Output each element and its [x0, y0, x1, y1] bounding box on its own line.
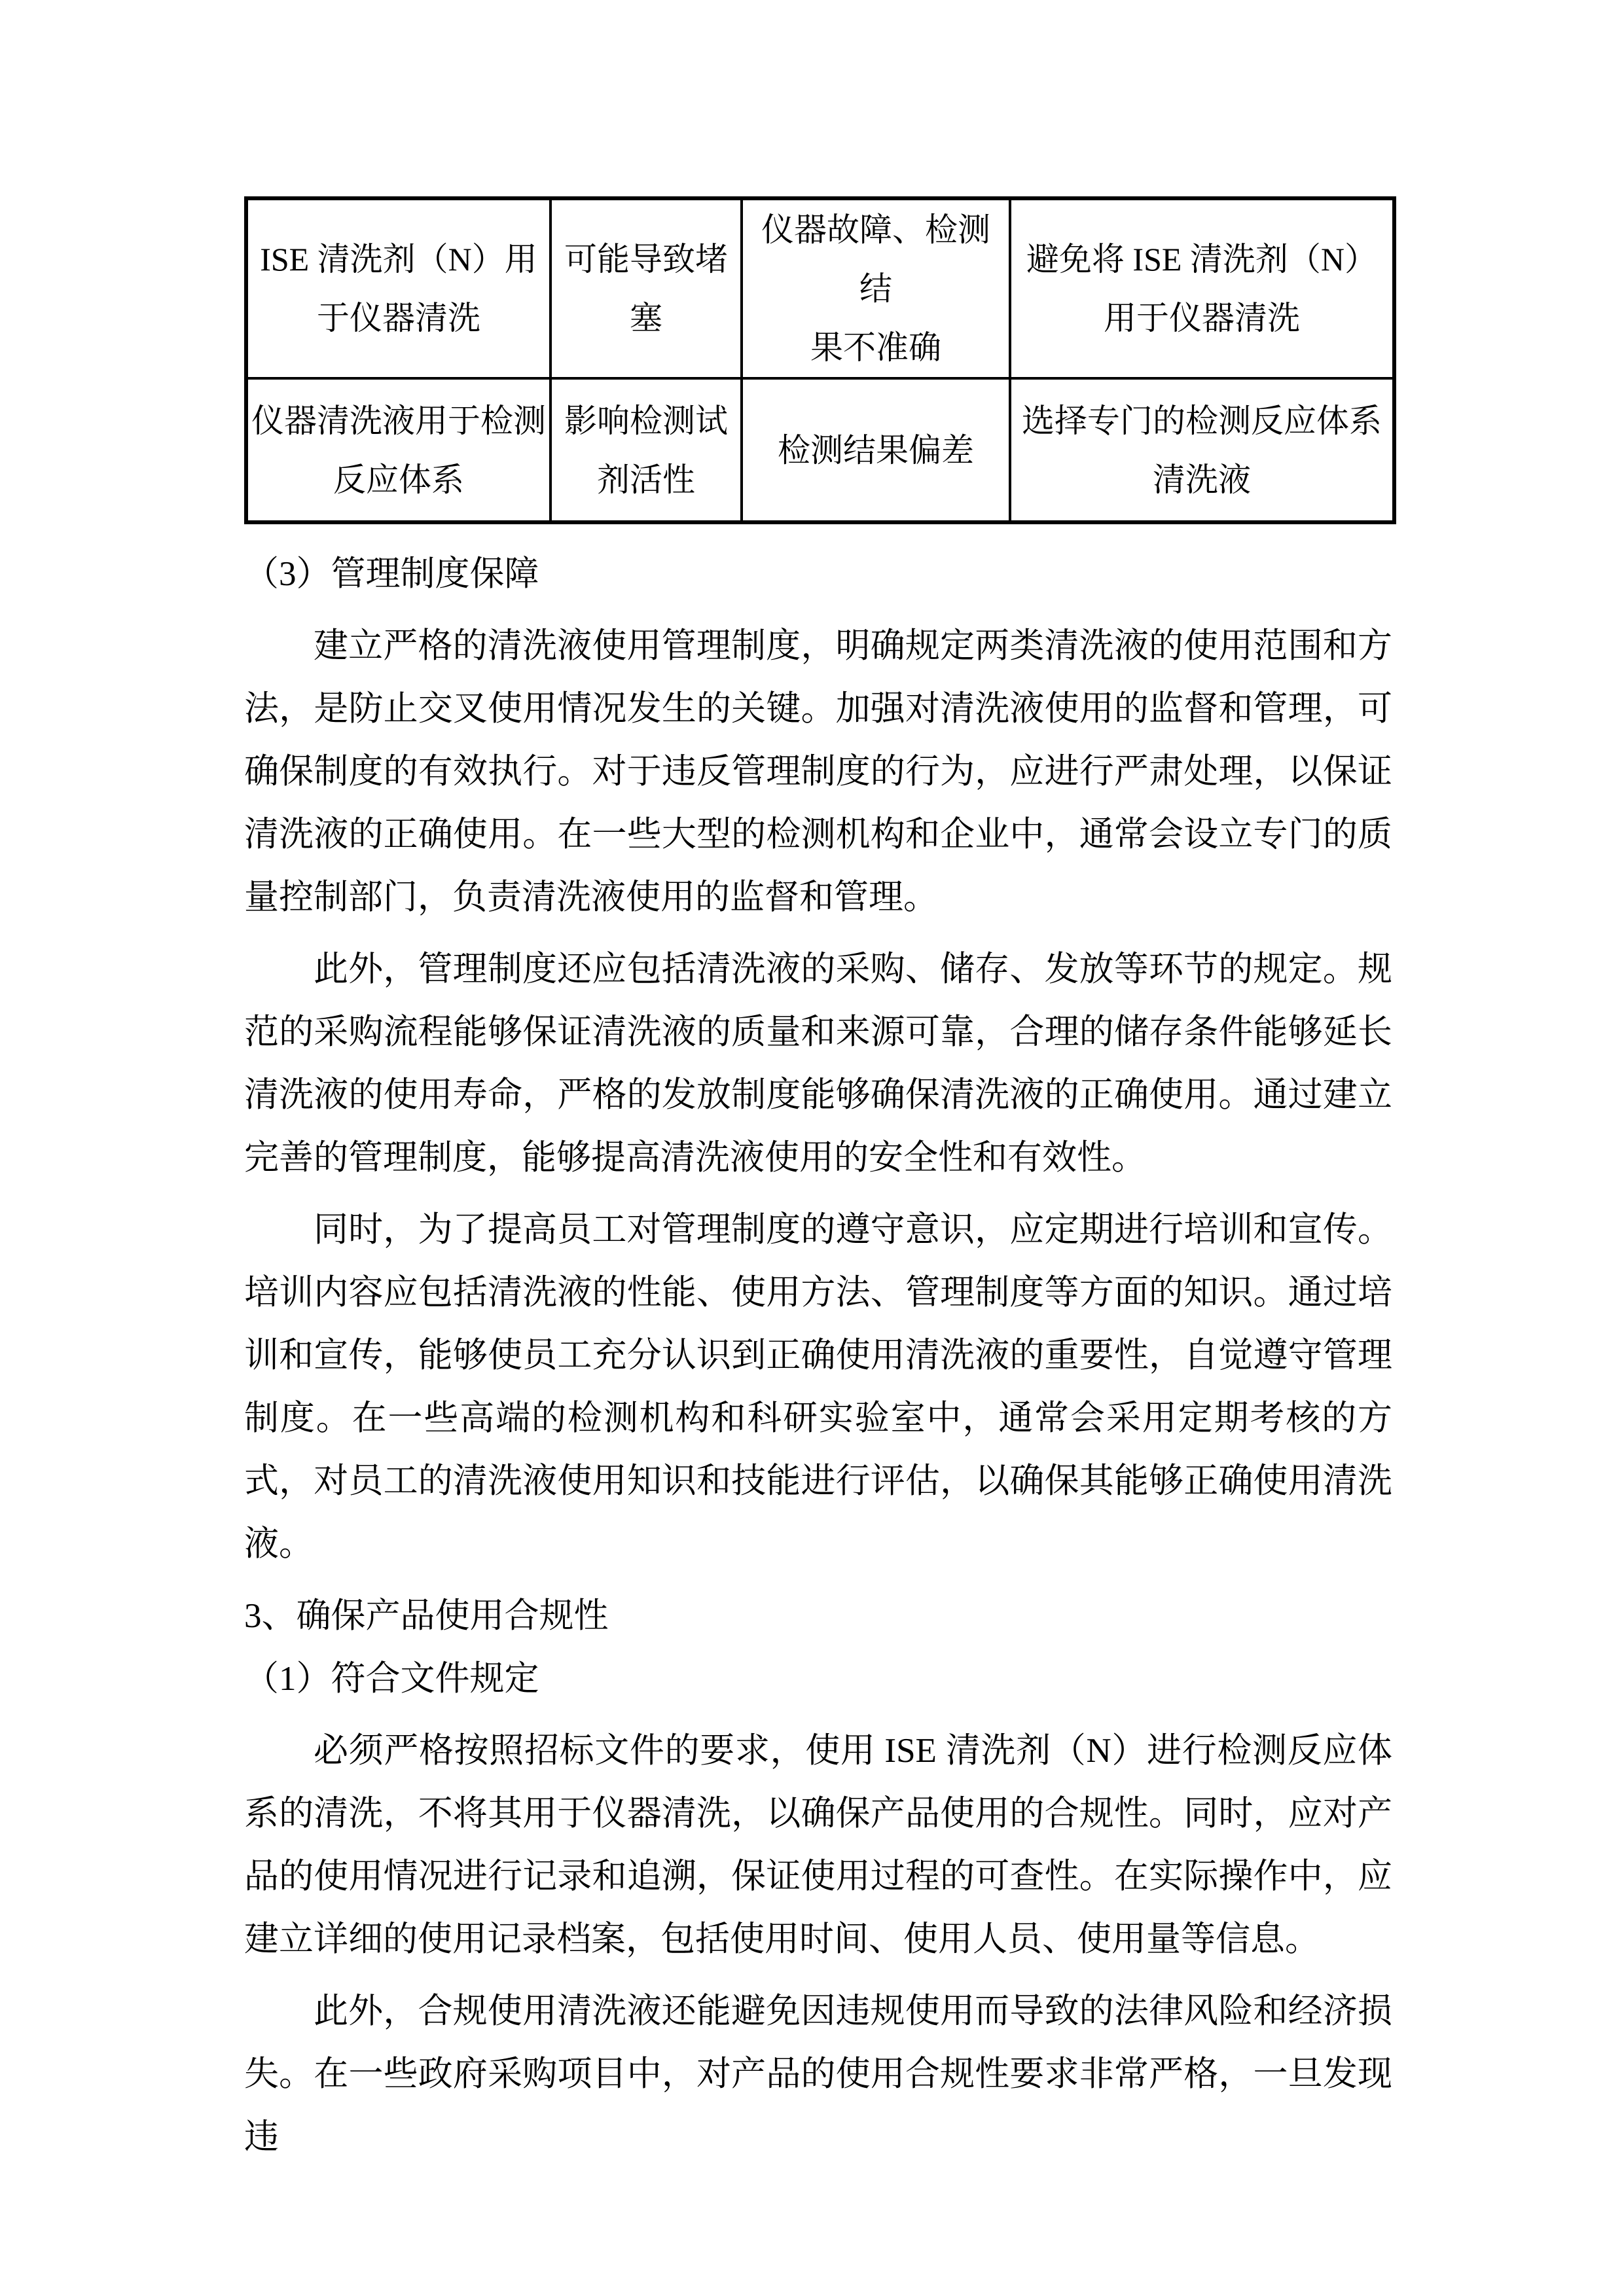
table-cell-cause: 可能导致堵 塞	[550, 198, 742, 378]
paragraph: 必须严格按照招标文件的要求，使用 ISE 清洗剂（N）进行检测反应体系的清洗，不…	[244, 1719, 1392, 1971]
text-blocks: （3）管理制度保障 建立严格的清洗液使用管理制度，明确规定两类清洗液的使用范围和…	[244, 543, 1392, 2168]
section-heading: （3）管理制度保障	[244, 543, 1392, 605]
table-cell-cause: 影响检测试 剂活性	[550, 378, 742, 522]
table-cell-usage: ISE 清洗剂（N）用 于仪器清洗	[246, 198, 550, 378]
table-row: 仪器清洗液用于检测 反应体系 影响检测试 剂活性 检测结果偏差 选择专门的检测反…	[246, 378, 1394, 522]
table-cell-effect: 检测结果偏差	[742, 378, 1010, 522]
comparison-table: ISE 清洗剂（N）用 于仪器清洗 可能导致堵 塞 仪器故障、检测结 果不准确 …	[244, 196, 1396, 524]
table-cell-usage: 仪器清洗液用于检测 反应体系	[246, 378, 550, 522]
page-content: ISE 清洗剂（N）用 于仪器清洗 可能导致堵 塞 仪器故障、检测结 果不准确 …	[244, 196, 1392, 2178]
table-cell-advice: 选择专门的检测反应体系 清洗液	[1010, 378, 1394, 522]
paragraph: 同时，为了提高员工对管理制度的遵守意识，应定期进行培训和宣传。培训内容应包括清洗…	[244, 1198, 1392, 1575]
table-cell-advice: 避免将 ISE 清洗剂（N） 用于仪器清洗	[1010, 198, 1394, 378]
table-row: ISE 清洗剂（N）用 于仪器清洗 可能导致堵 塞 仪器故障、检测结 果不准确 …	[246, 198, 1394, 378]
table-cell-effect: 仪器故障、检测结 果不准确	[742, 198, 1010, 378]
section-heading: （1）符合文件规定	[244, 1647, 1392, 1710]
section-heading: 3、确保产品使用合规性	[244, 1585, 1392, 1647]
paragraph: 此外，管理制度还应包括清洗液的采购、储存、发放等环节的规定。规范的采购流程能够保…	[244, 938, 1392, 1189]
paragraph: 此外，合规使用清洗液还能避免因违规使用而导致的法律风险和经济损失。在一些政府采购…	[244, 1980, 1392, 2168]
paragraph: 建立严格的清洗液使用管理制度，明确规定两类清洗液的使用范围和方法，是防止交叉使用…	[244, 615, 1392, 929]
document-page: ISE 清洗剂（N）用 于仪器清洗 可能导致堵 塞 仪器故障、检测结 果不准确 …	[0, 0, 1624, 2296]
